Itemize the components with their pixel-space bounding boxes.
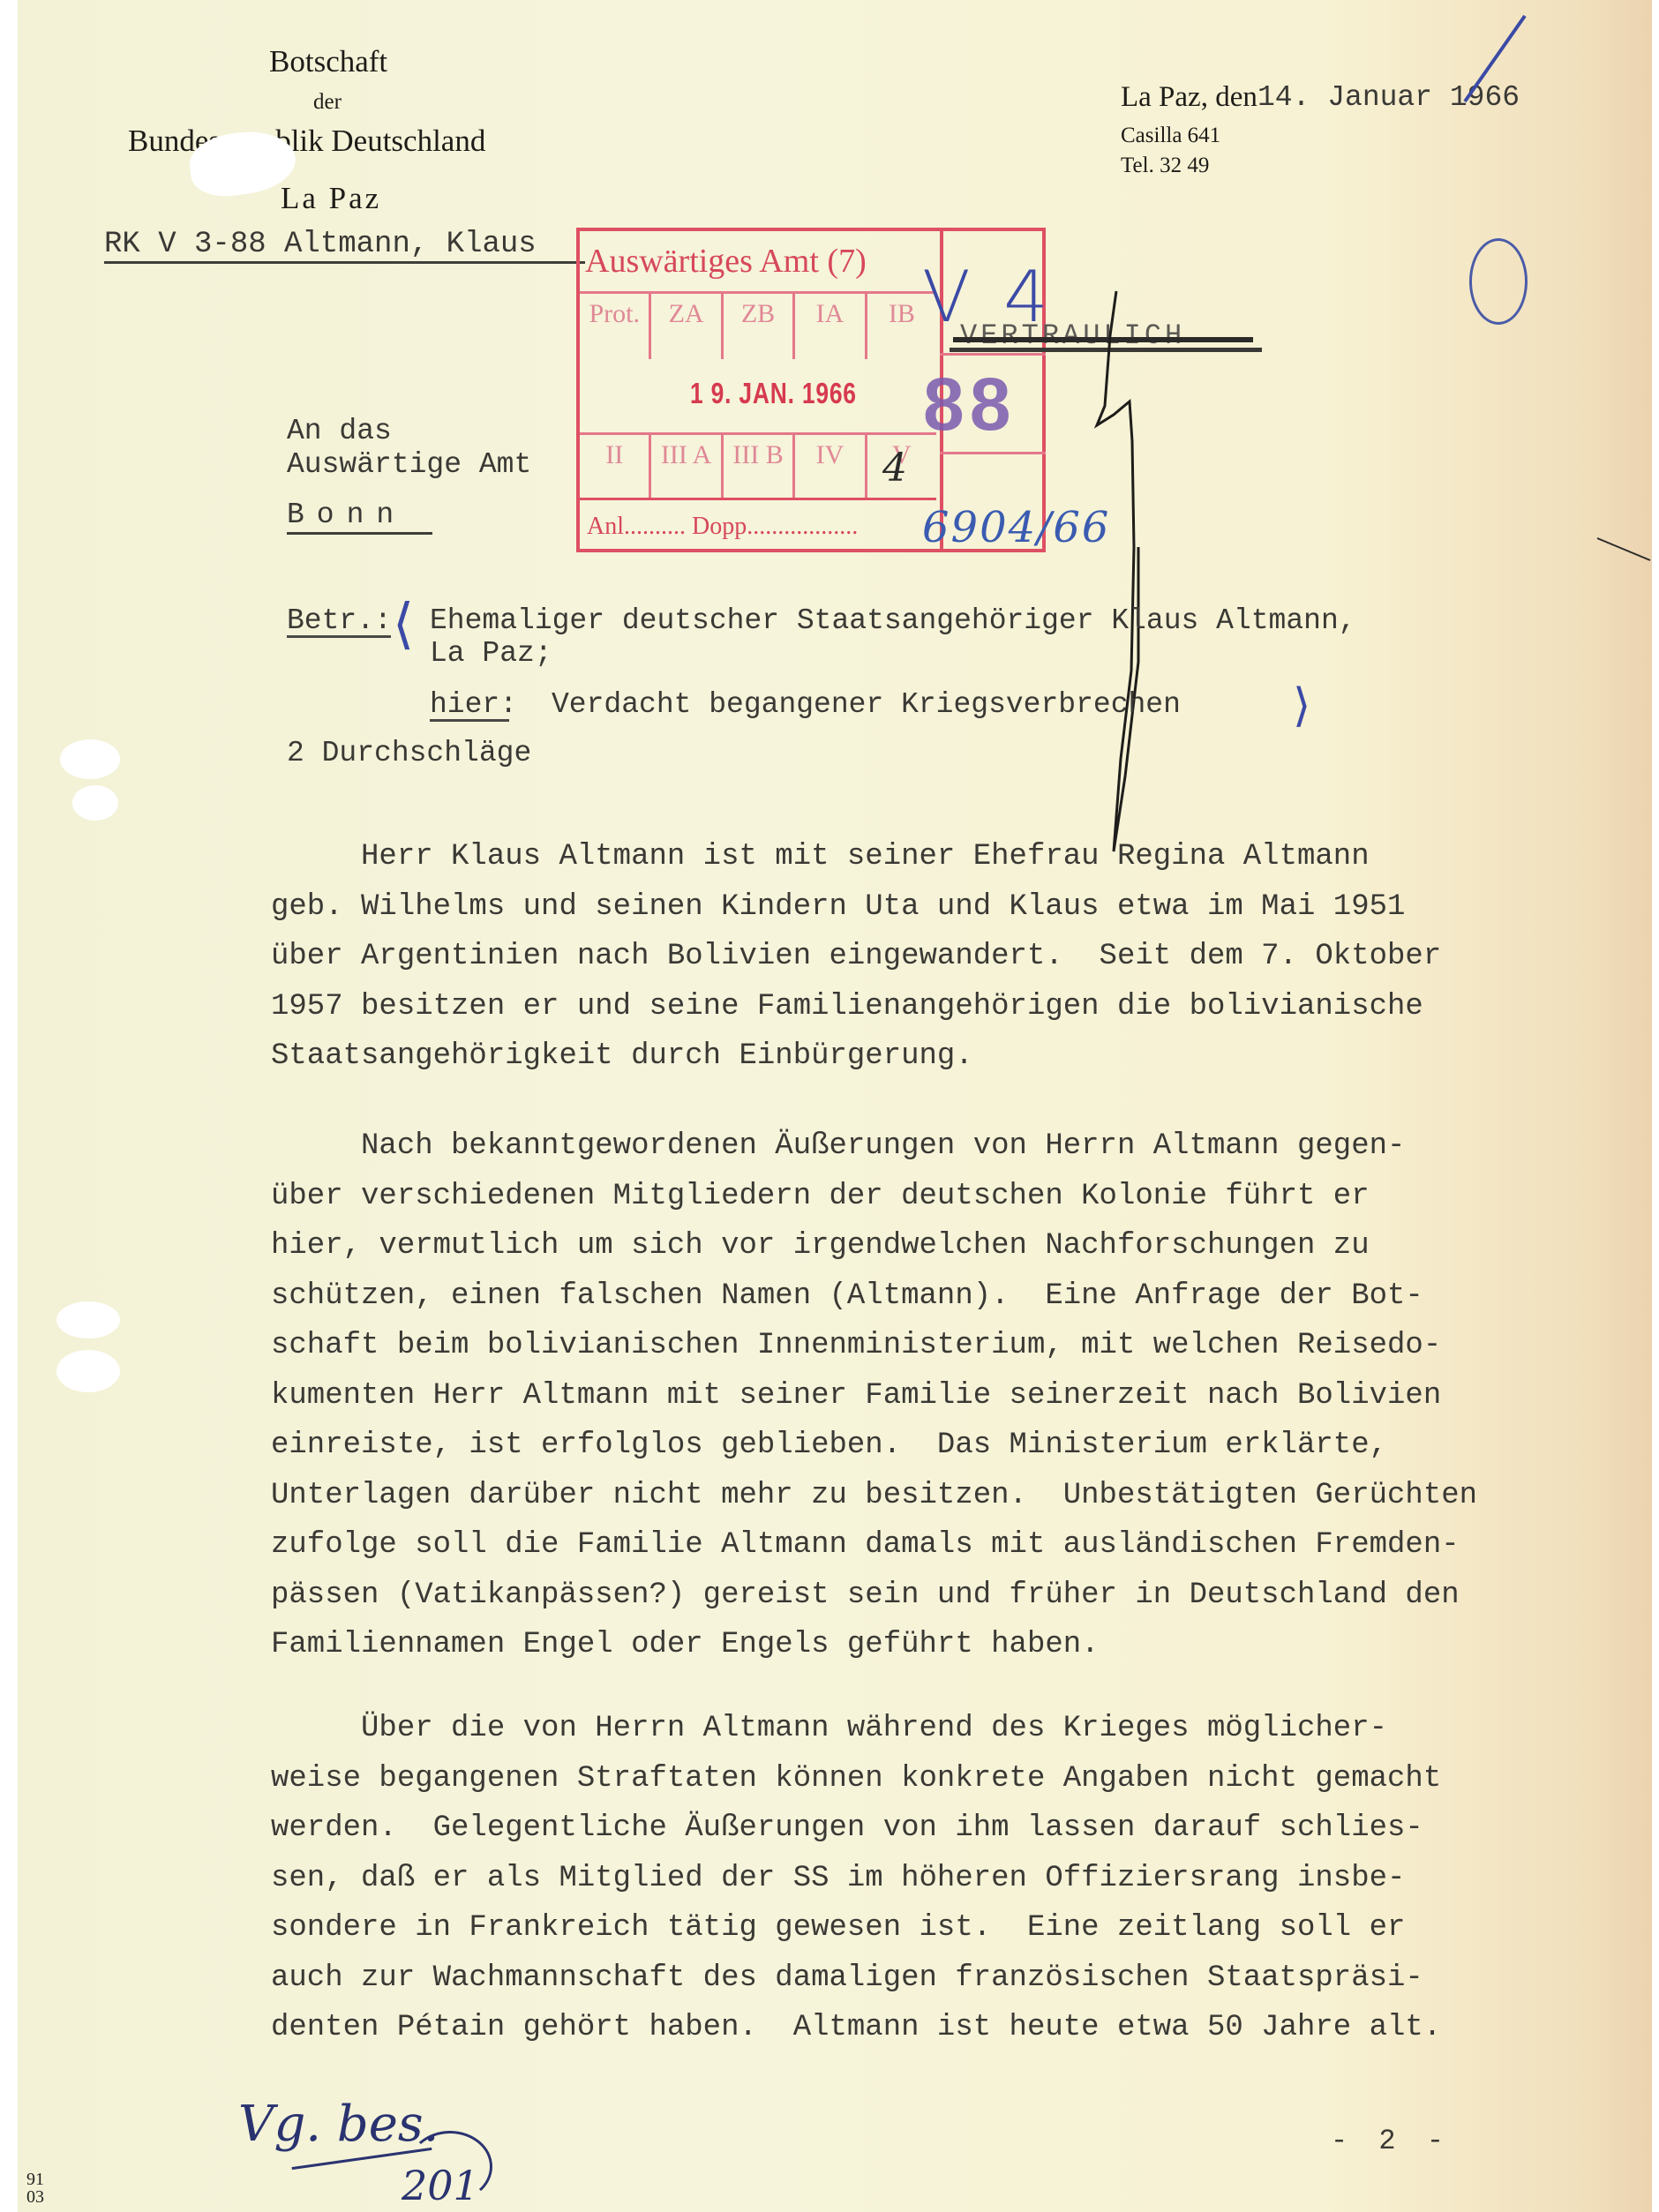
- copies-note: 2 Durchschläge: [287, 737, 531, 769]
- text-line: über verschiedenen Mitgliedern der deuts…: [271, 1180, 1648, 1230]
- recipient-line2: Auswärtige Amt: [287, 448, 531, 481]
- text-line: Nach bekanntgewordenen Äußerungen von He…: [271, 1129, 1648, 1180]
- text-line: Herr Klaus Altmann ist mit seiner Ehefra…: [271, 840, 1648, 890]
- text-line: hier, vermutlich um sich vor irgendwelch…: [271, 1229, 1648, 1279]
- handwritten-initials: Vg. bes.: [238, 2096, 439, 2153]
- archive-code-line: 03: [26, 2188, 44, 2206]
- hier-text: Verdacht begangener Kriegsverbrechen: [552, 688, 1181, 721]
- text-line: Unterlagen darüber nicht mehr zu besitze…: [271, 1479, 1648, 1529]
- recipient-city: Bonn: [287, 499, 406, 531]
- subject-label: Betr.:: [287, 604, 392, 637]
- bracket-close-icon: ⟩: [1293, 679, 1310, 732]
- text-line: über Argentinien nach Bolivien eingewand…: [271, 940, 1648, 990]
- pen-mark-icon: [1597, 538, 1650, 560]
- punch-hole: [72, 785, 118, 821]
- subject-text: Ehemaliger deutscher Staatsangehöriger K…: [430, 604, 1356, 637]
- text-line: zufolge soll die Familie Altmann damals …: [271, 1528, 1648, 1578]
- text-line: kumenten Herr Altmann mit seiner Familie…: [271, 1379, 1648, 1429]
- text-line: einreiste, ist erfolglos geblieben. Das …: [271, 1428, 1648, 1479]
- punch-hole: [60, 739, 120, 779]
- bracket-open-icon: ⟨: [393, 591, 414, 656]
- text-line: Über die von Herrn Altmann während des K…: [271, 1712, 1648, 1762]
- hier-label: hier:: [430, 688, 517, 721]
- text-line: 1957 besitzen er und seine Familienangeh…: [271, 990, 1648, 1040]
- page-continuation-marker: - 2 -: [1331, 2125, 1451, 2157]
- text-line: sondere in Frankreich tätig gewesen ist.…: [271, 1911, 1648, 1961]
- archive-code-line: 91: [26, 2171, 44, 2188]
- handwritten-number: 201: [402, 2162, 479, 2209]
- text-line: werden. Gelegentliche Äußerungen von ihm…: [271, 1811, 1648, 1862]
- paragraph-1: Herr Klaus Altmann ist mit seiner Ehefra…: [271, 840, 1648, 1090]
- text-line: Familiennamen Engel oder Engels geführt …: [271, 1628, 1648, 1678]
- subject-underline: [287, 635, 391, 638]
- text-line: weise begangenen Straftaten können konkr…: [271, 1762, 1648, 1812]
- pen-tick-icon: [1465, 16, 1525, 101]
- hier-underline: [430, 719, 509, 722]
- text-line: sen, daß er als Mitglied der SS im höher…: [271, 1862, 1648, 1912]
- punch-hole: [56, 1350, 120, 1392]
- text-line: schützen, einen falschen Namen (Altmann)…: [271, 1279, 1648, 1330]
- archive-code: 91 03: [26, 2171, 44, 2206]
- text-line: geb. Wilhelms und seinen Kindern Uta und…: [271, 890, 1648, 941]
- text-line: pässen (Vatikanpässen?) gereist sein und…: [271, 1578, 1648, 1629]
- recipient-line1: An das: [287, 415, 392, 447]
- paragraph-3: Über die von Herrn Altmann während des K…: [271, 1712, 1648, 2061]
- paragraph-2: Nach bekanntgewordenen Äußerungen von He…: [271, 1129, 1648, 1678]
- text-line: auch zur Wachmannschaft des damaligen fr…: [271, 1961, 1648, 2012]
- pen-stroke-icon: [1097, 291, 1138, 851]
- subject-text-line2: La Paz;: [430, 637, 552, 670]
- text-line: denten Pétain gehört haben. Altmann ist …: [271, 2011, 1648, 2061]
- punch-hole: [56, 1301, 120, 1338]
- text-line: schaft beim bolivianischen Innenminister…: [271, 1329, 1648, 1379]
- city-underline: [287, 532, 432, 535]
- text-line: Staatsangehörigkeit durch Einbürgerung.: [271, 1039, 1648, 1090]
